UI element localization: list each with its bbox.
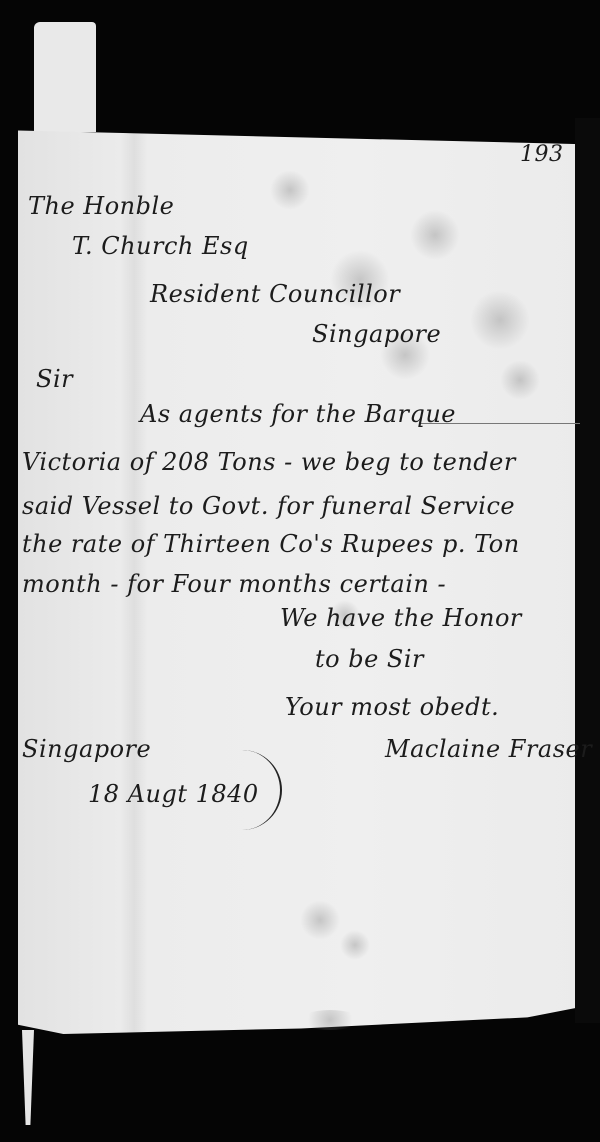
body-line-4: the rate of Thirteen Co's Rupees p. Ton xyxy=(22,530,520,558)
foxing-stain xyxy=(500,360,540,400)
body-line-5: month - for Four months certain - xyxy=(22,570,446,598)
body-line-2: Victoria of 208 Tons - we beg to tender xyxy=(22,448,516,476)
closing-line-1: We have the Honor xyxy=(280,604,522,632)
addressee-title: The Honble xyxy=(28,192,174,220)
foxing-stain xyxy=(300,1010,360,1030)
page-binding-edge xyxy=(575,118,600,1023)
signature: Maclaine Fraser xyxy=(385,735,592,763)
greeting: Sir xyxy=(36,365,73,393)
closing-line-3: Your most obedt. xyxy=(285,693,499,721)
paper-tab xyxy=(34,22,96,132)
addressee-name: T. Church Esq xyxy=(72,232,249,260)
body-line-3: said Vessel to Govt. for funeral Service xyxy=(22,492,515,520)
foxing-stain xyxy=(270,170,310,210)
foxing-stain xyxy=(340,930,370,960)
body-line-1: As agents for the Barque xyxy=(140,400,456,428)
page-number: 193 xyxy=(520,142,564,167)
addressee-position: Resident Councillor xyxy=(150,280,400,308)
paper-strip xyxy=(22,1030,34,1125)
addressee-place: Singapore xyxy=(312,320,441,348)
foxing-stain xyxy=(410,210,460,260)
foxing-stain xyxy=(470,290,530,350)
foxing-stain xyxy=(300,900,340,940)
closing-line-2: to be Sir xyxy=(315,645,424,673)
place: Singapore xyxy=(22,735,151,763)
